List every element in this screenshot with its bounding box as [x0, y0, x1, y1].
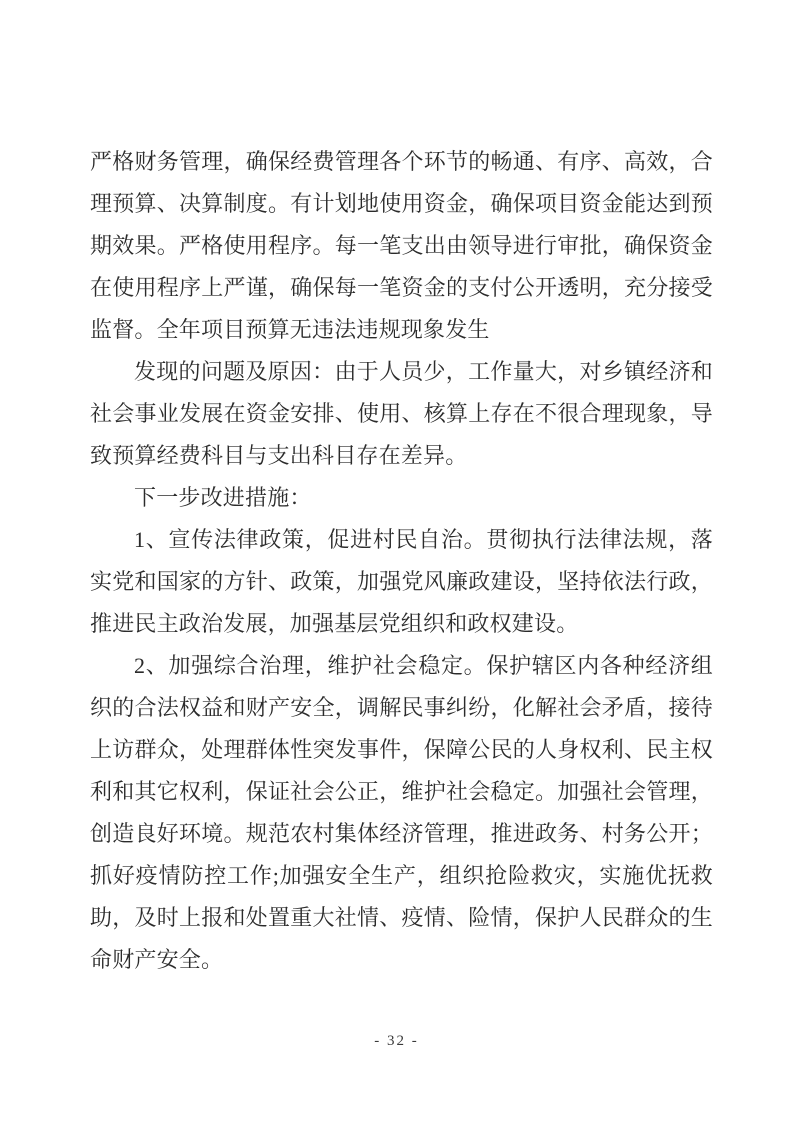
- paragraph-funds-management: 严格财务管理，确保经费管理各个环节的畅通、有序、高效，合理预算、决算制度。有计划…: [90, 141, 713, 351]
- document-page: 严格财务管理，确保经费管理各个环节的畅通、有序、高效，合理预算、决算制度。有计划…: [0, 0, 793, 1122]
- paragraph-measure-2: 2、加强综合治理，维护社会稳定。保护辖区内各种经济组织的合法权益和财产安全，调解…: [90, 645, 713, 981]
- paragraph-problems-and-causes: 发现的问题及原因：由于人员少，工作量大，对乡镇经济和社会事业发展在资金安排、使用…: [90, 351, 713, 477]
- page-number: - 32 -: [0, 1033, 793, 1050]
- paragraph-measure-1: 1、宣传法律政策，促进村民自治。贯彻执行法律法规，落实党和国家的方针、政策，加强…: [90, 519, 713, 645]
- paragraph-improvement-measures-heading: 下一步改进措施：: [90, 477, 713, 519]
- document-body: 严格财务管理，确保经费管理各个环节的畅通、有序、高效，合理预算、决算制度。有计划…: [90, 141, 713, 981]
